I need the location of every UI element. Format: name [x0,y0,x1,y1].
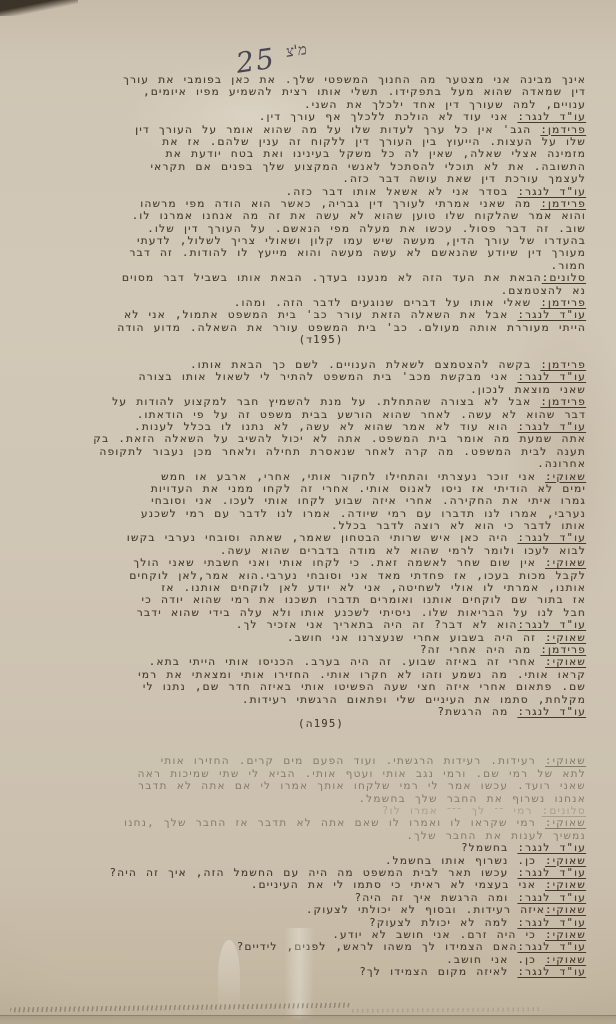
line-text: האם הצמידו לך משהו לראש, לפנים, לידיים? [237,941,518,953]
transcript-line: שלו על העצות. הייעוץ בין העורך דין ללקוח… [56,136,586,148]
transcript-line: חבל לנו על הבריאות שלו. ניסיתי לשכנע אות… [56,607,586,619]
speaker-label: פרידמן: [540,644,586,656]
line-text: נמשיך לענות את החבר שלך. [406,830,586,842]
line-text: הוא עוד לא אמר שהוא לא עשה, לא נתנו לו ב… [134,421,517,433]
transcript-line: שאוקי: זה היה בשבוע אחרי שנעצרנו אני חוש… [56,632,586,644]
transcript-line: עו"ד לנגר: אבל את השאלה הזאת עורר כב' בי… [56,309,586,321]
transcript-line: שאוקי:איזה רעידות. ובסוף לא יכולתי לצעוק… [56,904,586,916]
line-text: הבאת את העד הזה לא מנענו בעדך. הבאת אותו… [122,272,542,284]
transcript-line: עו"ד לנגר: היה כאן איש שרותי הבטחון שאמר… [56,532,586,544]
exhibit-letters: מ'צ [285,40,308,61]
transcript-line: שוב. זה דבר פסול. עכשו את מעלה מפי הנאשם… [56,223,586,235]
line-text: מה הרגשת? [438,706,518,718]
transcript-line: ימים לא הודיתי אז ניסו לאנוס אותי. אחרי … [56,483,586,495]
speaker-label: שאוקי: [545,954,586,966]
line-text: חבל לנו על הבריאות שלו. ניסיתי לשכנע אות… [137,607,586,619]
transcript-line: שאני רועד. עכשו אמר לי רמי שלקחו אותך אמ… [56,780,586,792]
transcript-line: קראו אותי. מה נשמע וזהו לא חקרו אותי. הח… [56,669,586,681]
transcript-line: אז בתור שם לוקחים אותנו ואומרים תדברו תש… [56,594,586,606]
transcript-line: סלונים:הבאת את העד הזה לא מנענו בעדך. הב… [56,272,586,284]
line-text: תענה לבית המשפט. מה קרה לאחר שנאסרת תחיל… [99,446,586,458]
line-text [577,731,586,743]
line-text: לקבל מכות בעכו, אז פחדתי מאד אני וסובחי … [129,570,586,582]
line-text: מקלחת, סתמו את העיניים שלי ופתאום הרגשתי… [242,694,586,706]
speaker-label: עו"ד לנגר: [517,966,586,978]
line-text: ומה הרגשת איך זה היה? [355,892,518,904]
line-text: לתא של רמי שם. ורמי נגב אותי ועטף אותי. … [138,768,586,780]
line-text: הייתי מעוררת אותה מעולם. כב' בית המשפט ע… [117,322,586,334]
transcript-line: פרידמן: הגב' אין כל ערך לעדות שלו על מה … [56,124,586,136]
line-text: שאני מוצאת לנכון. [470,384,586,396]
line-text: אבל לא בצורה שהתחלת. על מנת להשמיץ חבר ל… [112,396,540,408]
line-text: בקשה להצטמצם לשאלת הענויים. לשם כך הבאת … [190,359,540,371]
transcript-line: מקלחת, סתמו את העיניים שלי ופתאום הרגשתי… [56,694,586,706]
transcript-line: לתא של רמי שם. ורמי נגב אותי ועטף אותי. … [56,768,586,780]
transcript-line: שאוקי: רמי שקראו לו ואמרו לו שאם אתה לא … [56,817,586,829]
speaker-label: עו"ד לנגר: [517,706,586,718]
transcript-line: התשובה. את לא תוכלי להסתכל לאנשי המקצוע … [56,161,586,173]
line-text: אותו לדבר כי הוא לא רוצה לדבר בכלל. [331,520,586,532]
transcript-line: והוא אמר שהלקוח שלו טוען שהוא לא עשה את … [56,210,586,222]
transcript-line: פרידמן: בקשה להצטמצם לשאלת הענויים. לשם … [56,359,586,371]
line-text: אתה שמעת מה אומר בית המשפט. אתה לא יכול … [93,433,586,445]
speaker-label: שאוקי: [545,817,586,829]
speaker-label: פרידמן: [540,396,586,408]
transcript-line: אינך מבינה אני מצטער מה החנוך המשפטי שלך… [56,74,586,86]
speaker-label: עו"ד לנגר: [517,421,586,433]
speaker-label: שאוקי: [545,656,586,668]
speaker-label: עו"ד לנגר: [517,111,586,123]
line-text: אינך מבינה אני מצטער מה החנוך המשפטי שלך… [123,74,586,86]
line-text: לבוא לעכו ולומר לרמי שהוא לא מודה בדברים… [220,545,586,557]
transcript-line: עו"ד לנגר: בסדר אני לא אשאל אותו דבר כזה… [56,186,586,198]
line-text: כן. אני חושב. [446,954,545,966]
transcript-line: שאוקי: כי היה זרם. אני חושב לא יודע. [56,929,586,941]
line-text: דבר שהוא לא עשה. לאחר שהוא הורשע בבית מש… [137,409,586,421]
transcript-line: שאוקי: אני בעצמי לא ראיתי כי סתמו לי את … [56,879,586,891]
line-text: מה שאני אמרתי לעורך דין גבריה, כאשר הוא … [140,198,540,210]
speaker-label: עו"ד לנגר: [517,309,586,321]
transcript-line: עו"ד לנגר: מה הרגשת? [56,706,586,718]
line-text: והוא אמר שהלקוח שלו טוען שהוא לא עשה את … [132,210,586,222]
transcript-line: הייתי מעוררת אותה מעולם. כב' בית המשפט ע… [56,322,586,334]
speaker-label: פרידמן: [540,198,586,210]
transcript-line: שאוקי: כן. נשרוף אותו בחשמל. [56,855,586,867]
line-text: שאלי אותו על דברים שנוגעים לדבר הזה. ומה… [234,297,540,309]
line-text: בסדר אני לא אשאל אותו דבר כזה. [286,186,518,198]
line-text: אחרי זה באיזה שבוע. זה היה בערב. הכניסו … [149,656,545,668]
line-text: שוב. זה דבר פסול. עכשו את מעלה מפי הנאשם… [147,223,586,235]
blank-line [56,731,586,743]
line-text: היה כאן איש שרותי הבטחון שאמר, שאתה וסוב… [127,532,518,544]
page-bottom-edge [0,1015,616,1024]
line-text: לאיזה מקום הצמידו לך? [359,966,517,978]
line-text: בחשמל? [461,842,517,854]
transcript-line: עו"ד לנגר: ומה הרגשת איך זה היה? [56,892,586,904]
line-text: אין שום שחר לאשמה זאת. כי לקחו אותי ואני… [133,557,545,569]
transcript-line: עו"ד לנגר: לאיזה מקום הצמידו לך? [56,966,586,978]
speaker-label: עו"ד לנגר: [517,186,586,198]
transcript-line: פרידמן: אבל לא בצורה שהתחלת. על מנת להשמ… [56,396,586,408]
line-text: שם. פתאום אחרי איזה חצי שעה הפשיטו אותי … [143,681,586,693]
line-text: (195ה) [298,718,344,730]
line-text: בהעדרו של עורך הדין, מעשה שיש עמו קלון ו… [137,235,586,247]
transcript-line: מזמינה אצלי שאלה, שאין לה כל משקל בעינינ… [56,148,586,160]
transcript-line: עו"ד לנגר:הוא לא דבר? זה היה בתאריך אני … [56,619,586,631]
line-text: זה היה בשבוע אחרי שנעצרנו אני חושב. [287,632,545,644]
transcript-line: שאוקי: אחרי זה באיזה שבוע. זה היה בערב. … [56,656,586,668]
line-text: רמי ־־ לך ־־־ אמרו לו? [382,805,542,817]
transcript-line: דין שמאדה שהוא מעל בתפקידו. תשלי אותו רצ… [56,86,586,98]
line-text: איזה רעידות. ובסוף לא יכולתי לצעוק. [306,904,545,916]
transcript-line: חמור. [56,260,586,272]
page-corner-shadow [0,0,78,16]
line-text: רמי שקראו לו ואמרו לו שאם אתה לא תדבר אז… [124,817,545,829]
speaker-label: עו"ד לנגר: [517,892,586,904]
line-text: שאני רועד. עכשו אמר לי רמי שלקחו אותך אמ… [138,780,586,792]
line-text: אני עוד לא הולכת ללכלך אף עורך דין. [259,111,518,123]
transcript-line: נערבי, אמרו לנו תדברו עם רמי שיודה. אמרו… [56,508,586,520]
transcript-line: פרידמן: מה שאני אמרתי לעורך דין גבריה, כ… [56,198,586,210]
speaker-label: עו"ד לנגר: [517,532,586,544]
transcript-line: מעורך דין שיודע שהנאשם לא עשה מעשה והוא … [56,247,586,259]
line-text: אחרונה. [537,458,586,470]
speaker-label: שאוקי: [545,879,586,891]
line-text: הוא לא דבר? זה היה בתאריך אני אזכיר לך. [236,619,518,631]
transcript: אינך מבינה אני מצטער מה החנוך המשפטי שלך… [56,74,586,979]
blank-line [56,347,586,359]
transcript-line: גמרו איתי את החקירה. אחרי איזה שבוע לקחו… [56,495,586,507]
line-text: (195ד) [299,334,344,346]
line-text [577,743,586,755]
scanned-page: 25 מ'צ אינך מבינה אני מצטער מה החנוך המש… [0,0,616,1024]
line-text: הגב' אין כל ערך לעדות שלו על מה שהוא אומ… [135,124,540,136]
transcript-line: עו"ד לנגר: עכשו תאר לבית המשפט מה היה עם… [56,867,586,879]
speaker-label: שאוקי: [545,755,586,767]
transcript-line: עו"ד לנגר: בחשמל? [56,842,586,854]
line-text: אבל את השאלה הזאת עורר כב' בית המשפט אתמ… [124,309,517,321]
speaker-label: עו"ד לנגר: [517,619,586,631]
line-text: רעידות. רעידות הרגשתי. ועוד הפעם מים קרי… [161,755,545,767]
line-text: כי היה זרם. אני חושב לא יודע. [332,929,545,941]
line-text: אני בעצמי לא ראיתי כי סתמו לי את העיניים… [251,879,545,891]
transcript-line: תענה לבית המשפט. מה קרה לאחר שנאסרת תחיל… [56,446,586,458]
transcript-line: לקבל מכות בעכו, אז פחדתי מאד אני וסובחי … [56,570,586,582]
line-text: כן. נשרוף אותו בחשמל. [385,855,545,867]
transcript-line: שאוקי: רעידות. רעידות הרגשתי. ועוד הפעם … [56,755,586,767]
transcript-line: שאוקי: כן. אני חושב. [56,954,586,966]
transcript-line: לבוא לעכו ולומר לרמי שהוא לא מודה בדברים… [56,545,586,557]
transcript-line: עו"ד לנגר:האם הצמידו לך משהו לראש, לפנים… [56,941,586,953]
transcript-line: פרידמן: שאלי אותו על דברים שנוגעים לדבר … [56,297,586,309]
transcript-line: עו"ד לנגר: אני מבקשת מכב' בית המשפט להתי… [56,371,586,383]
transcript-line: שאני מוצאת לנכון. [56,384,586,396]
line-text: אנחנו נשרוף את החבר שלך בחשמל. [359,793,586,805]
line-text: אז בתור שם לוקחים אותנו ואומרים תדברו תש… [142,594,587,606]
transcript-line: שאוקי: אין שום שחר לאשמה זאת. כי לקחו או… [56,557,586,569]
line-text: שלו על העצות. הייעוץ בין העורך דין ללקוח… [162,136,586,148]
line-text: אני זוכר נעצרתי והתחילו לחקור אותי, אחרי… [161,471,545,483]
transcript-line: אנחנו נשרוף את החבר שלך בחשמל. [56,793,586,805]
transcript-line: עו"ד לנגר: למה לא יכולת לצעוק? [56,917,586,929]
speaker-label: שאוקי: [545,471,586,483]
speaker-label: עו"ד לנגר: [517,941,586,953]
transcript-line: אחרונה. [56,458,586,470]
speaker-label: שאוקי: [545,904,586,916]
line-text: עכשו תאר לבית המשפט מה היה עם החשמל הזה,… [110,867,518,879]
speaker-label: עו"ד לנגר: [517,371,586,383]
transcript-line: פרידמן: מה היה אחרי זה? [56,644,586,656]
line-text: ענויים, למה שעורך דין אחד ילכלך את השני. [304,99,586,111]
transcript-line: שם. פתאום אחרי איזה חצי שעה הפשיטו אותי … [56,681,586,693]
transcript-line: שאוקי: אני זוכר נעצרתי והתחילו לחקור אות… [56,471,586,483]
line-text: ימים לא הודיתי אז ניסו לאנוס אותי. אחרי … [151,483,586,495]
speaker-label: פרידמן: [540,297,586,309]
page-reference: (195ה) [56,718,586,730]
speaker-label: שאוקי: [545,632,586,644]
pencil-scribble-2 [352,1007,542,1013]
transcript-line: דבר שהוא לא עשה. לאחר שהוא הורשע בבית מש… [56,409,586,421]
line-text: מזמינה אצלי שאלה, שאין לה כל משקל בעינינ… [166,148,586,160]
line-text: מעורך דין שיודע שהנאשם לא עשה מעשה והוא … [129,247,586,259]
line-text: נערבי, אמרו לנו תדברו עם רמי שיודה. אמרו… [141,508,586,520]
transcript-line: לעצמך עורכת דין שאת עושה דבר כזה. [56,173,586,185]
line-text: גמרו איתי את החקירה. אחרי איזה שבוע לקחו… [151,495,586,507]
line-text: התשובה. את לא תוכלי להסתכל לאנשי המקצוע … [150,161,586,173]
transcript-line: סלונים: רמי ־־ לך ־־־ אמרו לו? [56,805,586,817]
speaker-label: עו"ד לנגר: [517,917,586,929]
line-text: לעצמך עורכת דין שאת עושה דבר כזה. [342,173,586,185]
speaker-label: שאוקי: [545,855,586,867]
transcript-line: עו"ד לנגר: הוא עוד לא אמר שהוא לא עשה, ל… [56,421,586,433]
transcript-line: אתה שמעת מה אומר בית המשפט. אתה לא יכול … [56,433,586,445]
line-text [577,347,586,359]
line-text: אני מבקשת מכב' בית המשפט להתיר לי לשאול … [139,371,518,383]
speaker-label: פרידמן: [540,359,586,371]
page-reference: (195ד) [56,334,586,346]
line-text: קראו אותי. מה נשמע וזהו לא חקרו אותי. הח… [138,669,586,681]
transcript-line: אותו לדבר כי הוא לא רוצה לדבר בכלל. [56,520,586,532]
transcript-line: ענויים, למה שעורך דין אחד ילכלך את השני. [56,99,586,111]
line-text: אותנו, אמרתי לו אולי לשחיטה, אני לא יודע… [161,582,586,594]
speaker-label: עו"ד לנגר: [517,842,586,854]
blank-line [56,743,586,755]
line-text: חמור. [551,260,586,272]
line-text: נא להצטמצם. [501,285,586,297]
transcript-line: עו"ד לנגר: אני עוד לא הולכת ללכלך אף עור… [56,111,586,123]
speaker-label: שאוקי: [545,557,586,569]
speaker-label: עו"ד לנגר: [517,867,586,879]
line-text: למה לא יכולת לצעוק? [369,917,517,929]
transcript-line: נא להצטמצם. [56,285,586,297]
speaker-label: שאוקי: [545,929,586,941]
transcript-line: בהעדרו של עורך הדין, מעשה שיש עמו קלון ו… [56,235,586,247]
transcript-line: נמשיך לענות את החבר שלך. [56,830,586,842]
speaker-label: סלונים: [542,805,586,817]
line-text: דין שמאדה שהוא מעל בתפקידו. תשלי אותו רצ… [143,86,586,98]
transcript-line: אותנו, אמרתי לו אולי לשחיטה, אני לא יודע… [56,582,586,594]
speaker-label: סלונים: [542,272,586,284]
speaker-label: פרידמן: [540,124,586,136]
line-text: מה היה אחרי זה? [420,644,540,656]
